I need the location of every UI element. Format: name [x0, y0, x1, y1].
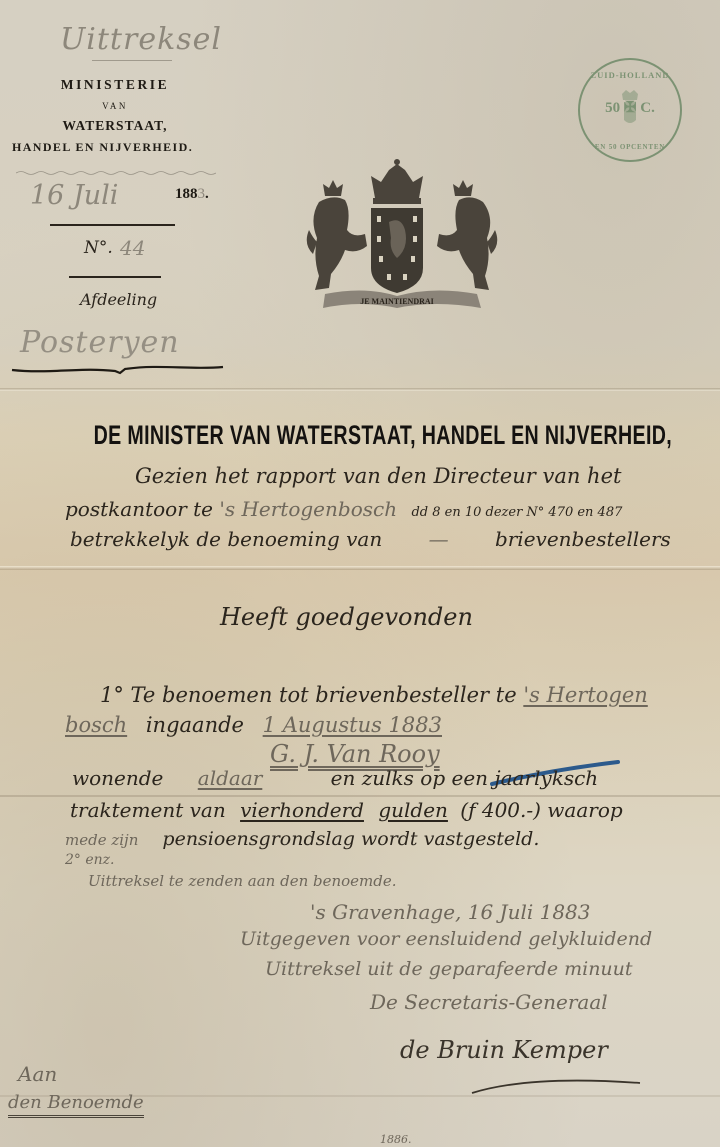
place-name: 's Hertogenbosch [219, 497, 397, 521]
article1-line2: bosch ingaande 1 Augustus 1883 [65, 713, 442, 737]
signature: de Bruin Kemper [400, 1036, 608, 1064]
number-value: 44 [120, 236, 145, 260]
preamble-line1: Gezien het rapport van den Directeur van… [135, 464, 621, 488]
year-handwritten-digit: 3 [198, 186, 206, 202]
article-text: en zulks op een jaarlyksch [331, 766, 599, 790]
article-text: wonende [72, 766, 163, 790]
appointee-name: G. J. Van Rooy [270, 740, 440, 768]
article2-line1: 2° enz. [65, 852, 115, 868]
paper-fold [0, 795, 720, 797]
paper-fold [0, 566, 720, 570]
preamble-text: postkantoor te [65, 497, 213, 521]
secretary-general-title: De Secretaris-Generaal [370, 990, 608, 1014]
year-period: . [205, 186, 209, 202]
department-value: Posteryen [20, 325, 180, 360]
stamp-top-text: ZUID-HOLLAND [580, 70, 680, 80]
wavy-divider [16, 170, 216, 176]
year-printed: 188 [175, 186, 198, 202]
dash: — [429, 527, 449, 551]
preamble-text: brievenbestellers [495, 527, 671, 551]
residence: aldaar [198, 766, 263, 790]
article-text: pensioensgrondslag wordt vastgesteld. [162, 828, 539, 850]
place-name: 's Hertogen [523, 683, 647, 707]
date-year: 1883. [175, 186, 209, 203]
paper-fold [0, 388, 720, 391]
salary-words: vierhonderd [240, 798, 364, 822]
article-text: mede zijn [65, 831, 138, 849]
document-title: DE MINISTER VAN WATERSTAAT, HANDEL EN NI… [94, 420, 627, 451]
annotation-uittreksel: Uittreksel [60, 22, 222, 57]
preamble-line3: betrekkelyk de benoeming van — brievenbe… [70, 527, 671, 551]
appointee-name-text: G. J. Van Rooy [270, 740, 440, 768]
ministry-header-line2: VAN [0, 101, 230, 111]
stamp-bottom-text: EN 50 OPCENTEN [580, 143, 680, 151]
divider [50, 224, 175, 226]
start-date: 1 Augustus 1883 [263, 713, 442, 737]
divider [92, 60, 172, 61]
addressee-line2: den Benoemde [8, 1092, 144, 1118]
footer-note: 1886. [380, 1133, 412, 1146]
currency-words: gulden [378, 798, 448, 822]
place-name: bosch [65, 713, 127, 737]
reference-numbers: dd 8 en 10 dezer N° 470 en 487 [411, 505, 622, 520]
article1-line1: 1° Te benoemen tot brievenbesteller te '… [100, 683, 648, 707]
addressee-line1: Aan [18, 1062, 57, 1086]
ministry-header-line4: HANDEL EN NIJVERHEID. [12, 140, 222, 155]
article1-line4: wonende aldaar en zulks op een jaarlyksc… [72, 766, 598, 790]
article2-line2: Uittreksel te zenden aan den benoemde. [88, 872, 397, 890]
decision-heading: Heeft goedgevonden [220, 603, 473, 631]
date-handwritten: 16 Juli [30, 180, 118, 211]
preamble-line2: postkantoor te 's Hertogenbosch dd 8 en … [65, 497, 622, 521]
tax-stamp: ZUID-HOLLAND 50 ✠ C. EN 50 OPCENTEN [578, 58, 682, 162]
preamble-text: betrekkelyk de benoeming van [70, 527, 382, 551]
ministry-header-line1: MINISTERIE [0, 77, 230, 93]
article-text: 1° Te benoemen tot brievenbesteller te [100, 683, 517, 707]
article-text: traktement van [70, 798, 226, 822]
divider [69, 276, 161, 278]
article1-line5: traktement van vierhonderd gulden (ƒ 400… [70, 798, 623, 822]
ministry-header-line3: WATERSTAAT, [0, 118, 230, 134]
salary-amount: (ƒ 400.-) waarop [460, 798, 622, 822]
article1-line6: mede zijn pensioensgrondslag wordt vastg… [65, 828, 539, 850]
closing-line2: Uitgegeven voor eensluidend gelykluidend [240, 928, 652, 950]
stamp-value: 50 ✠ C. [580, 98, 680, 117]
article-text: ingaande [146, 713, 244, 737]
department-label: Afdeeling [80, 290, 157, 309]
closing-line3: Uittreksel uit de geparafeerde minuut [265, 958, 633, 980]
place-date: 's Gravenhage, 16 Juli 1883 [310, 900, 591, 924]
ornamental-swash [10, 362, 225, 376]
coat-of-arms-icon: JE MAINTIENDRAI [305, 158, 500, 313]
signature-flourish [470, 1075, 645, 1095]
motto-text: JE MAINTIENDRAI [360, 297, 434, 306]
number-label: N°. [84, 238, 113, 258]
